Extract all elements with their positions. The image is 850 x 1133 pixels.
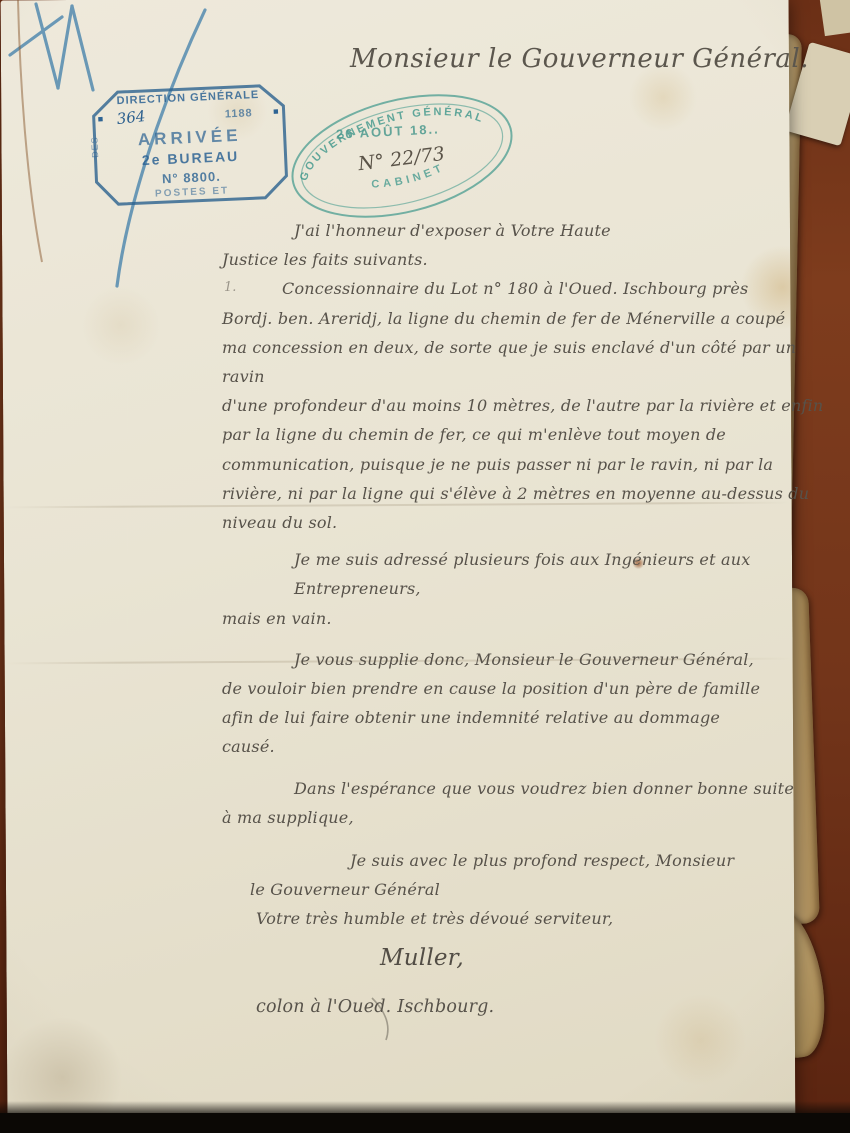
letter-line: par la ligne du chemin de fer, ce qui m'…: [222, 420, 828, 449]
photo-shadow: [0, 1113, 850, 1133]
signature-location-line: colon à l'Oued. Ischbourg.: [222, 993, 828, 1022]
arrival-stamp: DIRECTION GÉNÉRALE 364 1188 ■ ■ ARRIVÉE …: [90, 82, 291, 208]
stamp-right-number: 1188: [225, 107, 253, 120]
letter-line: communication, puisque je ne puis passer…: [222, 450, 828, 479]
letter-line: Bordj. ben. Areridj, la ligne du chemin …: [222, 304, 828, 333]
stamp-square-left: ■: [98, 114, 104, 124]
letter-line: rivière, ni par la ligne qui s'élève à 2…: [222, 479, 828, 508]
letter-line: causé.: [222, 732, 828, 761]
letter-line: Je suis avec le plus profond respect, Mo…: [222, 846, 828, 875]
letter-line: Concessionnaire du Lot n° 180 à l'Oued. …: [222, 274, 828, 303]
paper-fragment-corner: [819, 0, 850, 36]
letter-line: à ma supplique,: [222, 803, 828, 832]
letter-line: d'une profondeur d'au moins 10 mètres, d…: [222, 391, 828, 420]
letter-line: Je me suis adressé plusieurs fois aux In…: [222, 545, 828, 603]
letter-line: le Gouverneur Général: [222, 875, 828, 904]
stamp-vertical-text: DES: [89, 136, 100, 158]
letter-line: Justice les faits suivants.: [222, 245, 828, 274]
letter-line: niveau du sol.: [222, 508, 828, 537]
letter-line: Votre très humble et très dévoué servite…: [222, 904, 828, 933]
letter-line: mais en vain.: [222, 604, 828, 633]
letter-line: Je vous supplie donc, Monsieur le Gouver…: [222, 645, 828, 674]
letter-line: Dans l'espérance que vous voudrez bien d…: [222, 774, 828, 803]
letter-line: de vouloir bien prendre en cause la posi…: [222, 674, 828, 703]
stamp-handwritten-number: 364: [116, 107, 146, 128]
signature-line: Muller,: [222, 944, 828, 973]
letter-line: ma concession en deux, de sorte que je s…: [222, 333, 828, 391]
letter-salutation: Monsieur le Gouverneur Général.: [350, 44, 809, 74]
letter-body: J'ai l'honneur d'exposer à Votre Haute J…: [222, 216, 828, 1022]
photo-stage: DIRECTION GÉNÉRALE 364 1188 ■ ■ ARRIVÉE …: [0, 0, 850, 1133]
letter-line: afin de lui faire obtenir une indemnité …: [222, 703, 828, 732]
stamp-square-right: ■: [273, 106, 279, 116]
letter-line: J'ai l'honneur d'exposer à Votre Haute: [222, 216, 828, 245]
